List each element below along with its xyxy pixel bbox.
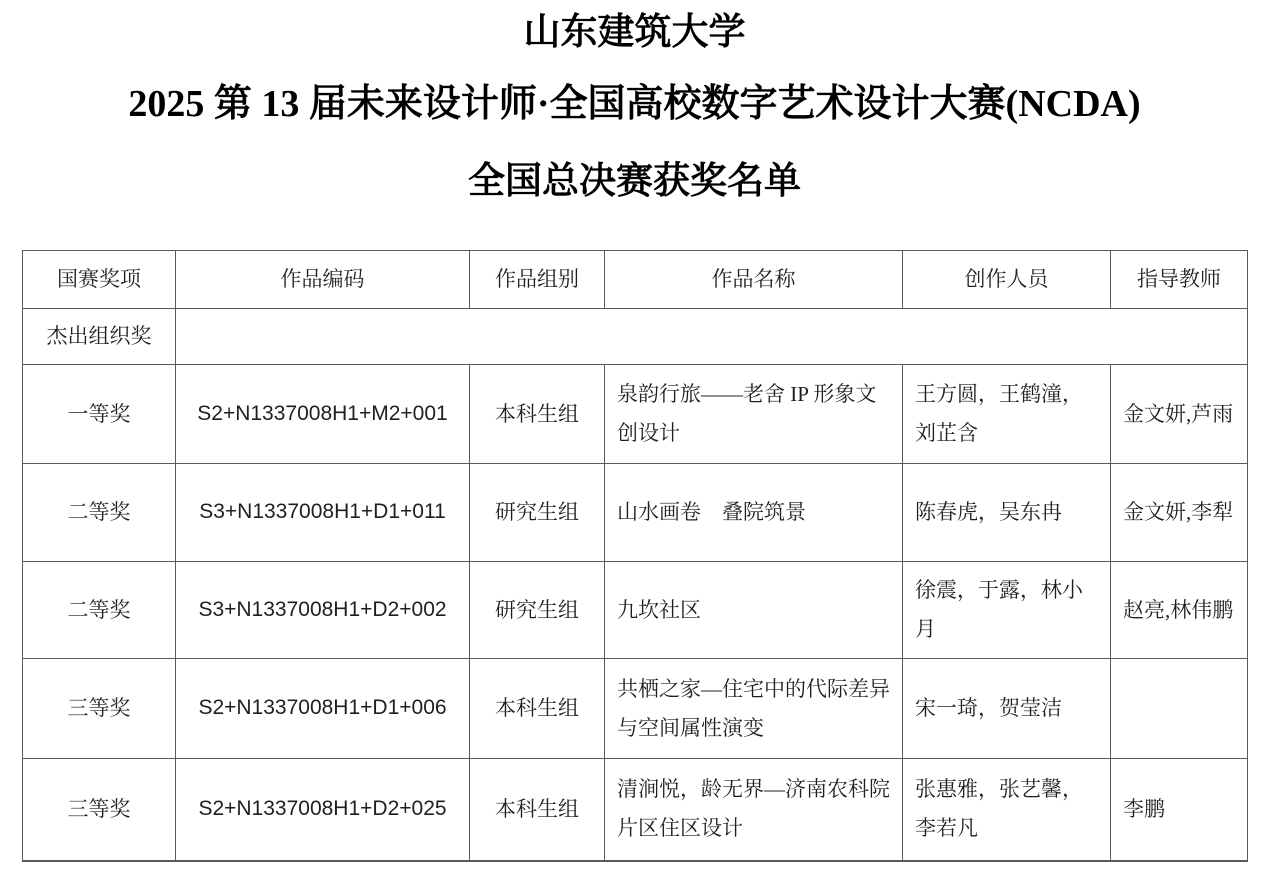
code-cell: S3+N1337008H1+D1+011 bbox=[176, 464, 470, 562]
award-cell: 三等奖 bbox=[23, 759, 176, 861]
doc-title-competition: 2025 第 13 届未来设计师·全国高校数字艺术设计大赛(NCDA) bbox=[0, 60, 1269, 144]
table-row: 一等奖 S2+N1337008H1+M2+001 本科生组 泉韵行旅——老舍 I… bbox=[23, 365, 1248, 464]
work-title-cell: 泉韵行旅——老舍 IP 形象文创设计 bbox=[605, 365, 903, 464]
award-cell: 一等奖 bbox=[23, 365, 176, 464]
col-header-advisors: 指导教师 bbox=[1111, 251, 1248, 309]
code-cell: S2+N1337008H1+D1+006 bbox=[176, 659, 470, 759]
table-header-row: 国赛奖项 作品编码 作品组别 作品名称 创作人员 指导教师 bbox=[23, 251, 1248, 309]
creators-cell: 徐震，于露，林小月 bbox=[903, 562, 1111, 659]
creators-cell: 张惠雅，张艺馨，李若凡 bbox=[903, 759, 1111, 861]
advisors-cell: 金文妍,李犁 bbox=[1111, 464, 1248, 562]
advisors-cell: 金文妍,芦雨 bbox=[1111, 365, 1248, 464]
advisors-cell: 李鹏 bbox=[1111, 759, 1248, 861]
creators-cell: 王方圆，王鹤潼，刘芷含 bbox=[903, 365, 1111, 464]
col-header-title: 作品名称 bbox=[605, 251, 903, 309]
table-row: 三等奖 S2+N1337008H1+D2+025 本科生组 清涧悦，龄无界—济南… bbox=[23, 759, 1248, 861]
doc-title-award-list: 全国总决赛获奖名单 bbox=[0, 144, 1269, 222]
col-header-group: 作品组别 bbox=[470, 251, 605, 309]
awards-table: 国赛奖项 作品编码 作品组别 作品名称 创作人员 指导教师 杰出组织奖 一等奖 … bbox=[22, 250, 1248, 862]
code-cell: S2+N1337008H1+D2+025 bbox=[176, 759, 470, 861]
group-cell: 研究生组 bbox=[470, 562, 605, 659]
group-cell: 本科生组 bbox=[470, 659, 605, 759]
advisors-cell bbox=[1111, 659, 1248, 759]
work-title-cell: 共栖之家—住宅中的代际差异与空间属性演变 bbox=[605, 659, 903, 759]
org-award-empty-cell bbox=[176, 309, 1248, 365]
group-cell: 研究生组 bbox=[470, 464, 605, 562]
document-page: 山东建筑大学 2025 第 13 届未来设计师·全国高校数字艺术设计大赛(NCD… bbox=[0, 0, 1269, 871]
code-cell: S3+N1337008H1+D2+002 bbox=[176, 562, 470, 659]
org-award-cell: 杰出组织奖 bbox=[23, 309, 176, 365]
table-row: 二等奖 S3+N1337008H1+D1+011 研究生组 山水画卷 叠院筑景 … bbox=[23, 464, 1248, 562]
award-cell: 二等奖 bbox=[23, 464, 176, 562]
creators-cell: 宋一琦，贺莹洁 bbox=[903, 659, 1111, 759]
work-title-cell: 山水画卷 叠院筑景 bbox=[605, 464, 903, 562]
advisors-cell: 赵亮,林伟鹏 bbox=[1111, 562, 1248, 659]
col-header-creators: 创作人员 bbox=[903, 251, 1111, 309]
creators-cell: 陈春虎，吴东冉 bbox=[903, 464, 1111, 562]
work-title-cell: 九坎社区 bbox=[605, 562, 903, 659]
work-title-cell: 清涧悦，龄无界—济南农科院片区住区设计 bbox=[605, 759, 903, 861]
org-award-row: 杰出组织奖 bbox=[23, 309, 1248, 365]
award-cell: 二等奖 bbox=[23, 562, 176, 659]
table-row: 三等奖 S2+N1337008H1+D1+006 本科生组 共栖之家—住宅中的代… bbox=[23, 659, 1248, 759]
table-row: 二等奖 S3+N1337008H1+D2+002 研究生组 九坎社区 徐震，于露… bbox=[23, 562, 1248, 659]
col-header-code: 作品编码 bbox=[176, 251, 470, 309]
col-header-award: 国赛奖项 bbox=[23, 251, 176, 309]
award-cell: 三等奖 bbox=[23, 659, 176, 759]
doc-title-university: 山东建筑大学 bbox=[0, 0, 1269, 60]
group-cell: 本科生组 bbox=[470, 759, 605, 861]
group-cell: 本科生组 bbox=[470, 365, 605, 464]
code-cell: S2+N1337008H1+M2+001 bbox=[176, 365, 470, 464]
